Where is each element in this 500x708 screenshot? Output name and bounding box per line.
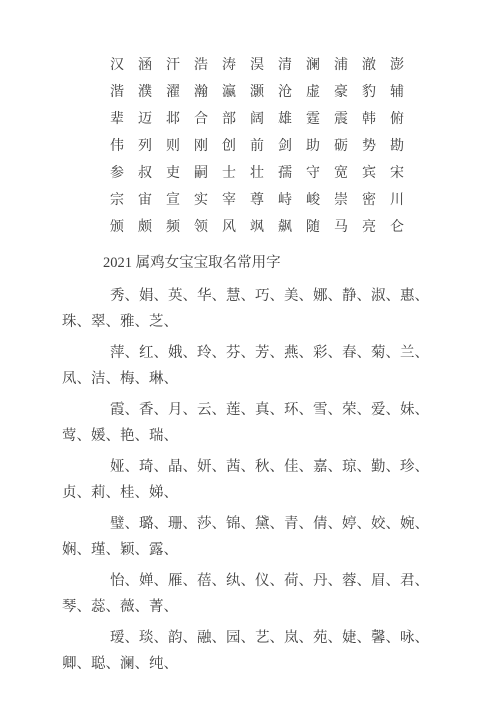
name-char: 珍、 [400,454,429,480]
grid-char: 濯 [166,79,180,106]
grid-char: 孺 [278,160,292,187]
name-char: 馨、 [371,625,400,651]
grid-char: 壮 [250,160,264,187]
grid-char: 实 [194,187,208,214]
grid-char: 湝 [110,79,124,106]
grid-char: 豹 [362,79,376,106]
name-char: 眉、 [371,568,400,594]
name-paragraph: 怡、婵、雁、蓓、纨、仪、荷、丹、蓉、眉、君、琴、蕊、薇、菁、 [62,568,442,620]
name-char: 瑷、 [110,625,139,651]
name-char: 蓉、 [342,568,371,594]
name-char: 晶、 [168,454,197,480]
grid-char: 剑 [278,133,292,160]
name-char: 芳、 [255,340,284,366]
name-char: 云、 [197,397,226,423]
name-char: 玲、 [197,340,226,366]
grid-char: 宙 [138,187,152,214]
grid-char: 尊 [250,187,264,214]
grid-char: 俯 [390,106,404,133]
name-char: 园、 [226,625,255,651]
grid-char: 伟 [110,133,124,160]
grid-char: 颇 [138,214,152,241]
grid-char: 雄 [278,106,292,133]
grid-char: 随 [306,214,320,241]
grid-char: 崇 [334,187,348,214]
name-char: 娣、 [149,480,178,506]
name-char: 丹、 [313,568,342,594]
grid-char: 士 [222,160,236,187]
name-char: 婷、 [342,511,371,537]
name-char: 燕、 [284,340,313,366]
name-char: 锦、 [226,511,255,537]
name-char: 黛、 [255,511,284,537]
name-char: 秋、 [255,454,284,480]
grid-char: 则 [166,133,180,160]
name-char: 瑞、 [149,423,178,449]
name-char: 洁、 [91,366,120,392]
name-char: 聪、 [91,651,120,677]
name-char: 萍、 [110,340,139,366]
name-char: 姣、 [371,511,400,537]
grid-char: 瀚 [194,79,208,106]
char-grid: 汉涵汗浩涛淏清澜浦澈澎湝濮濯瀚瀛灏沧虚豪豹辅辈迈邶合部阔雄霆震韩俯伟列则刚创前剑… [0,52,500,241]
grid-char: 震 [334,106,348,133]
name-char: 岚、 [284,625,313,651]
grid-char: 澜 [306,52,320,79]
grid-char: 叔 [138,160,152,187]
name-char: 芝、 [149,309,178,335]
name-char: 爱、 [371,397,400,423]
name-char: 梅、 [120,366,149,392]
name-char: 巧、 [255,283,284,309]
name-char: 纨、 [226,568,255,594]
name-char: 艺、 [255,625,284,651]
grid-char: 频 [166,214,180,241]
name-char: 华、 [197,283,226,309]
name-char: 茜、 [226,454,255,480]
grid-char: 飒 [250,214,264,241]
name-paragraph: 萍、红、娥、玲、芬、芳、燕、彩、春、菊、兰、凤、洁、梅、琳、 [62,340,442,392]
name-paragraph: 娅、琦、晶、妍、茜、秋、佳、嘉、琼、勤、珍、贞、莉、桂、娣、 [62,454,442,506]
name-char: 琦、 [139,454,168,480]
grid-char: 汗 [166,52,180,79]
grid-char: 助 [306,133,320,160]
name-char: 韵、 [168,625,197,651]
grid-char: 邶 [166,106,180,133]
grid-char: 颁 [110,214,124,241]
char-grid-row: 宗宙宣实宰尊峙峻崇密川 [110,187,500,214]
name-char: 菊、 [371,340,400,366]
char-grid-row: 湝濮濯瀚瀛灏沧虚豪豹辅 [110,79,500,106]
grid-char: 列 [138,133,152,160]
grid-char: 宗 [110,187,124,214]
name-char: 咏、 [400,625,429,651]
name-char: 蕊、 [91,594,120,620]
grid-char: 涛 [222,52,236,79]
grid-char: 宣 [166,187,180,214]
grid-char: 韩 [362,106,376,133]
name-char: 春、 [342,340,371,366]
name-char: 莺、 [62,423,91,449]
grid-char: 亮 [362,214,376,241]
name-char: 君、 [400,568,429,594]
name-char: 环、 [284,397,313,423]
grid-char: 宽 [334,160,348,187]
grid-char: 宋 [390,160,404,187]
grid-char: 涵 [138,52,152,79]
name-char: 仪、 [255,568,284,594]
name-char: 婕、 [342,625,371,651]
name-char: 英、 [168,283,197,309]
name-char: 瑾、 [91,537,120,563]
name-char: 艳、 [120,423,149,449]
name-char: 兰、 [400,340,429,366]
name-char: 凤、 [62,366,91,392]
grid-char: 辈 [110,106,124,133]
name-char: 静、 [342,283,371,309]
name-char: 怡、 [110,568,139,594]
grid-char: 清 [278,52,292,79]
name-paragraph: 秀、娟、英、华、慧、巧、美、娜、静、淑、惠、珠、翠、雅、芝、 [62,283,442,335]
name-char: 菁、 [149,594,178,620]
name-paragraph: 璧、璐、珊、莎、锦、黛、青、倩、婷、姣、婉、娴、瑾、颖、露、 [62,511,442,563]
grid-char: 迈 [138,106,152,133]
name-char: 香、 [139,397,168,423]
name-char: 璧、 [110,511,139,537]
grid-char: 濮 [138,79,152,106]
name-char: 雅、 [120,309,149,335]
name-char: 佳、 [284,454,313,480]
grid-char: 豪 [334,79,348,106]
grid-char: 领 [194,214,208,241]
grid-char: 飙 [278,214,292,241]
char-grid-row: 颁颇频领风飒飙随马亮仑 [110,214,500,241]
grid-char: 马 [334,214,348,241]
name-char: 琼、 [342,454,371,480]
grid-char: 浦 [334,52,348,79]
name-char: 青、 [284,511,313,537]
name-char: 莲、 [226,397,255,423]
name-char: 琳、 [149,366,178,392]
name-char: 璐、 [139,511,168,537]
name-char: 琰、 [139,625,168,651]
grid-char: 合 [194,106,208,133]
grid-char: 峻 [306,187,320,214]
name-char: 惠、 [400,283,429,309]
name-char: 妍、 [197,454,226,480]
name-char: 红、 [139,340,168,366]
name-char: 嘉、 [313,454,342,480]
name-char: 娜、 [313,283,342,309]
grid-char: 勘 [390,133,404,160]
grid-char: 虚 [306,79,320,106]
name-char: 薇、 [120,594,149,620]
name-char: 贞、 [62,480,91,506]
grid-char: 守 [306,160,320,187]
grid-char: 峙 [278,187,292,214]
name-char: 彩、 [313,340,342,366]
name-char: 莉、 [91,480,120,506]
name-char: 珠、 [62,309,91,335]
name-char: 娟、 [139,283,168,309]
name-char: 月、 [168,397,197,423]
name-char: 澜、 [120,651,149,677]
name-char: 倩、 [313,511,342,537]
name-char: 苑、 [313,625,342,651]
grid-char: 势 [362,133,376,160]
grid-char: 风 [222,214,236,241]
name-char: 荣、 [342,397,371,423]
name-char: 翠、 [91,309,120,335]
name-char: 淑、 [371,283,400,309]
name-char: 婵、 [139,568,168,594]
name-char: 芬、 [226,340,255,366]
name-char: 颖、 [120,537,149,563]
grid-char: 灏 [250,79,264,106]
name-char: 娅、 [110,454,139,480]
name-char: 秀、 [110,283,139,309]
grid-char: 砺 [334,133,348,160]
name-paragraph: 瑷、琰、韵、融、园、艺、岚、苑、婕、馨、咏、卿、聪、澜、纯、 [62,625,442,677]
name-list: 秀、娟、英、华、慧、巧、美、娜、静、淑、惠、珠、翠、雅、芝、萍、红、娥、玲、芬、… [0,283,500,677]
name-char: 纯、 [149,651,178,677]
char-grid-row: 伟列则刚创前剑助砺势勘 [110,133,500,160]
char-grid-row: 汉涵汗浩涛淏清澜浦澈澎 [110,52,500,79]
name-char: 雁、 [168,568,197,594]
name-char: 娴、 [62,537,91,563]
name-char: 美、 [284,283,313,309]
document-page: 汉涵汗浩涛淏清澜浦澈澎湝濮濯瀚瀛灏沧虚豪豹辅辈迈邶合部阔雄霆震韩俯伟列则刚创前剑… [0,0,500,708]
name-char: 媛、 [91,423,120,449]
name-char: 荷、 [284,568,313,594]
grid-char: 嗣 [194,160,208,187]
name-char: 融、 [197,625,226,651]
name-char: 娥、 [168,340,197,366]
grid-char: 澈 [362,52,376,79]
grid-char: 宾 [362,160,376,187]
name-char: 婉、 [400,511,429,537]
name-char: 琴、 [62,594,91,620]
grid-char: 霆 [306,106,320,133]
name-char: 珊、 [168,511,197,537]
name-char: 桂、 [120,480,149,506]
name-char: 露、 [149,537,178,563]
grid-char: 仑 [390,214,404,241]
grid-char: 浩 [194,52,208,79]
name-char: 莎、 [197,511,226,537]
grid-char: 参 [110,160,124,187]
name-char: 霞、 [110,397,139,423]
char-grid-row: 参叔吏嗣士壮孺守宽宾宋 [110,160,500,187]
name-char: 妹、 [400,397,429,423]
grid-char: 密 [362,187,376,214]
grid-char: 淏 [250,52,264,79]
grid-char: 川 [390,187,404,214]
grid-char: 沧 [278,79,292,106]
name-char: 真、 [255,397,284,423]
grid-char: 创 [222,133,236,160]
name-paragraph: 霞、香、月、云、莲、真、环、雪、荣、爱、妹、莺、媛、艳、瑞、 [62,397,442,449]
grid-char: 部 [222,106,236,133]
name-char: 慧、 [226,283,255,309]
grid-char: 刚 [194,133,208,160]
grid-char: 宰 [222,187,236,214]
name-char: 雪、 [313,397,342,423]
name-char: 蓓、 [197,568,226,594]
grid-char: 辅 [390,79,404,106]
grid-char: 吏 [166,160,180,187]
grid-char: 澎 [390,52,404,79]
grid-char: 阔 [250,106,264,133]
section-heading: 2021 属鸡女宝宝取名常用字 [0,250,500,277]
name-char: 卿、 [62,651,91,677]
grid-char: 前 [250,133,264,160]
grid-char: 瀛 [222,79,236,106]
grid-char: 汉 [110,52,124,79]
char-grid-row: 辈迈邶合部阔雄霆震韩俯 [110,106,500,133]
name-char: 勤、 [371,454,400,480]
